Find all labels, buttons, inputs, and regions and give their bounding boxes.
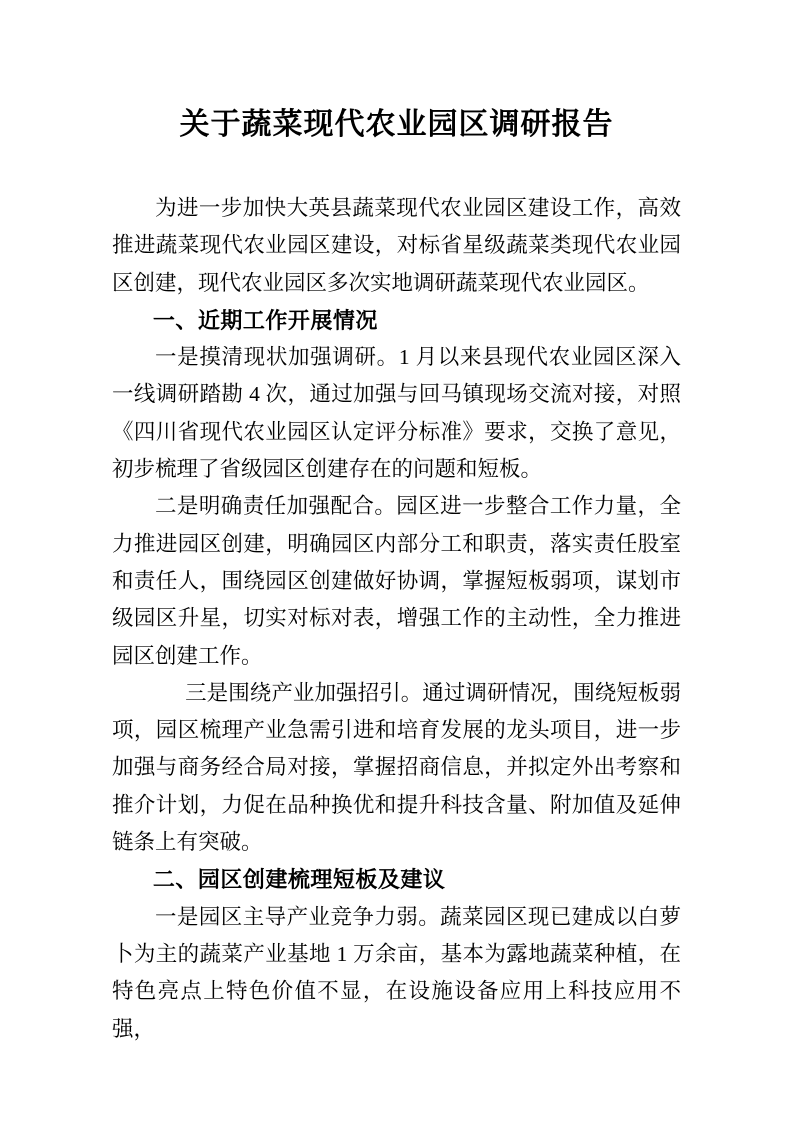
paragraph-intro: 为进一步加快大英县蔬菜现代农业园区建设工作，高效推进蔬菜现代农业园区建设，对标省… [112, 190, 681, 302]
section-2-heading: 二、园区创建梳理短板及建议 [112, 861, 681, 898]
document-page: 关于蔬菜现代农业园区调研报告 为进一步加快大英县蔬菜现代农业园区建设工作，高效推… [0, 0, 793, 1122]
section-1-paragraph-3: 三是围绕产业加强招引。通过调研情况，围绕短板弱项，园区梳理产业急需引进和培育发展… [112, 675, 681, 861]
section-1-paragraph-1: 一是摸清现状加强调研。1 月以来县现代农业园区深入一线调研踏勘 4 次，通过加强… [112, 339, 681, 488]
section-2-paragraph-1: 一是园区主导产业竞争力弱。蔬菜园区现已建成以白萝卜为主的蔬菜产业基地 1 万余亩… [112, 899, 681, 1048]
document-body: 为进一步加快大英县蔬菜现代农业园区建设工作，高效推进蔬菜现代农业园区建设，对标省… [112, 190, 681, 1048]
section-1-paragraph-2: 二是明确责任加强配合。园区进一步整合工作力量，全力推进园区创建，明确园区内部分工… [112, 488, 681, 674]
document-title: 关于蔬菜现代农业园区调研报告 [112, 104, 681, 146]
section-1-heading: 一、近期工作开展情况 [112, 302, 681, 339]
